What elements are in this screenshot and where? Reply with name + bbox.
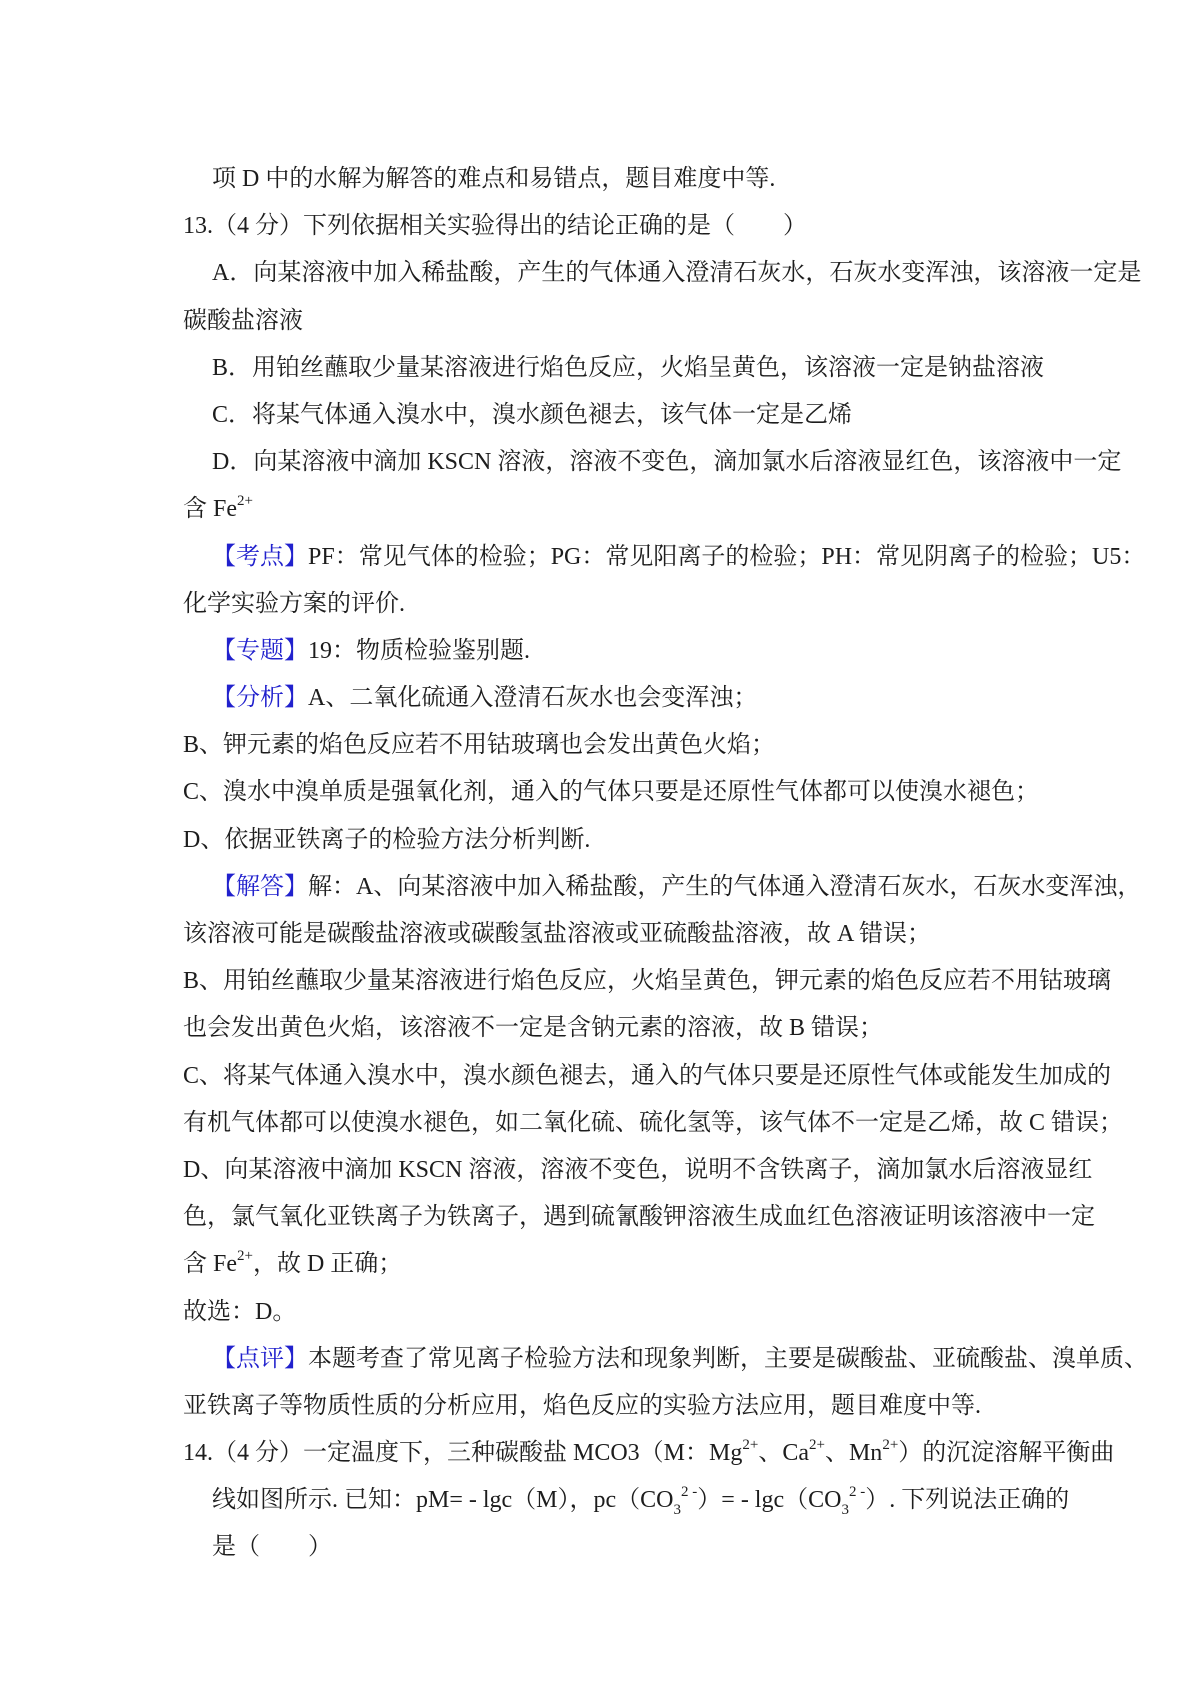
text-line: C、溴水中溴单质是强氧化剂，通入的气体只要是还原性气体都可以使溴水褪色； (0, 769, 1200, 816)
text-segment: ）= - lgc（CO (697, 1487, 841, 1513)
text-segment: 碳酸盐溶液 (183, 308, 303, 334)
text-line: 【分析】A、二氧化硫通入澄清石灰水也会变浑浊； (0, 675, 1200, 722)
text-line: 化学实验方案的评价. (0, 581, 1200, 628)
superscript-text: 2+ (882, 1437, 898, 1453)
text-segment: 项 D 中的水解为解答的难点和易错点，题目难度中等. (212, 166, 775, 192)
text-line: 线如图所示. 已知：pM= - lgc（M），pc（CO32 -）= - lgc… (0, 1477, 1200, 1524)
text-segment: ）的沉淀溶解平衡曲 (898, 1440, 1114, 1466)
text-segment: PF：常见气体的检验；PG：常见阳离子的检验；PH：常见阴离子的检验；U5： (308, 544, 1145, 570)
text-line: 有机气体都可以使溴水褪色，如二氧化硫、硫化氢等，该气体不一定是乙烯，故 C 错误… (0, 1100, 1200, 1147)
text-segment: 该溶液可能是碳酸盐溶液或碳酸氢盐溶液或亚硫酸盐溶液，故 A 错误； (183, 921, 931, 947)
text-line: A．向某溶液中加入稀盐酸，产生的气体通入澄清石灰水，石灰水变浑浊，该溶液一定是 (0, 250, 1200, 297)
text-segment: 解：A、向某溶液中加入稀盐酸，产生的气体通入澄清石灰水，石灰水变浑浊， (308, 874, 1141, 900)
text-line: 【点评】本题考查了常见离子检验方法和现象判断，主要是碳酸盐、亚硫酸盐、溴单质、 (0, 1336, 1200, 1383)
superscript-text: 2+ (237, 1248, 253, 1264)
text-segment: 是（ ） (212, 1534, 332, 1560)
text-segment: 故选：D。 (183, 1299, 296, 1325)
text-line: 【考点】PF：常见气体的检验；PG：常见阳离子的检验；PH：常见阴离子的检验；U… (0, 534, 1200, 581)
text-segment: B、用铂丝蘸取少量某溶液进行焰色反应，火焰呈黄色，钾元素的焰色反应若不用钴玻璃 (183, 968, 1111, 994)
text-line: 色，氯气氧化亚铁离子为铁离子，遇到硫氰酸钾溶液生成血红色溶液证明该溶液中一定 (0, 1194, 1200, 1241)
superscript-text: 2+ (742, 1437, 758, 1453)
text-segment: C、溴水中溴单质是强氧化剂，通入的气体只要是还原性气体都可以使溴水褪色； (183, 779, 1039, 805)
text-segment: 、Ca (758, 1440, 809, 1466)
text-segment: 色，氯气氧化亚铁离子为铁离子，遇到硫氰酸钾溶液生成血红色溶液证明该溶液中一定 (183, 1204, 1095, 1230)
text-segment: A、二氧化硫通入澄清石灰水也会变浑浊； (308, 685, 757, 711)
text-line: C、将某气体通入溴水中，溴水颜色褪去，通入的气体只要是还原性气体或能发生加成的 (0, 1053, 1200, 1100)
text-line: D．向某溶液中滴加 KSCN 溶液，溶液不变色，滴加氯水后溶液显红色，该溶液中一… (0, 439, 1200, 486)
section-label: 【分析】 (212, 685, 308, 711)
text-segment: 含 Fe (183, 1251, 237, 1277)
superscript-text: 2 - (849, 1484, 865, 1500)
text-segment: D．向某溶液中滴加 KSCN 溶液，溶液不变色，滴加氯水后溶液显红色，该溶液中一… (212, 449, 1121, 475)
text-segment: A．向某溶液中加入稀盐酸，产生的气体通入澄清石灰水，石灰水变浑浊，该溶液一定是 (212, 260, 1141, 286)
text-segment: 、Mn (825, 1440, 882, 1466)
text-segment: D、向某溶液中滴加 KSCN 溶液，溶液不变色，说明不含铁离子，滴加氯水后溶液显… (183, 1157, 1092, 1183)
text-line: 项 D 中的水解为解答的难点和易错点，题目难度中等. (0, 156, 1200, 203)
text-line: D、向某溶液中滴加 KSCN 溶液，溶液不变色，说明不含铁离子，滴加氯水后溶液显… (0, 1147, 1200, 1194)
text-segment: D、依据亚铁离子的检验方法分析判断. (183, 827, 590, 853)
superscript-text: 2+ (809, 1437, 825, 1453)
text-line: 碳酸盐溶液 (0, 298, 1200, 345)
text-line: 【解答】解：A、向某溶液中加入稀盐酸，产生的气体通入澄清石灰水，石灰水变浑浊， (0, 864, 1200, 911)
text-segment: 14.（4 分）一定温度下，三种碳酸盐 MCO3（M：Mg (183, 1440, 742, 1466)
text-segment: B．用铂丝蘸取少量某溶液进行焰色反应，火焰呈黄色，该溶液一定是钠盐溶液 (212, 355, 1044, 381)
section-label: 【考点】 (212, 544, 308, 570)
text-segment: C、将某气体通入溴水中，溴水颜色褪去，通入的气体只要是还原性气体或能发生加成的 (183, 1063, 1111, 1089)
superscript-text: 2 - (681, 1484, 697, 1500)
section-label: 【专题】 (212, 638, 308, 664)
text-line: 含 Fe2+ (0, 486, 1200, 533)
document-content: 项 D 中的水解为解答的难点和易错点，题目难度中等.13.（4 分）下列依据相关… (0, 156, 1200, 1572)
text-line: 含 Fe2+，故 D 正确； (0, 1241, 1200, 1288)
text-segment: 13.（4 分）下列依据相关实验得出的结论正确的是（ ） (183, 213, 807, 239)
section-label: 【点评】 (212, 1346, 308, 1372)
text-line: 亚铁离子等物质性质的分析应用，焰色反应的实验方法应用，题目难度中等. (0, 1383, 1200, 1430)
text-segment: C．将某气体通入溴水中，溴水颜色褪去，该气体一定是乙烯 (212, 402, 852, 428)
text-line: B、钾元素的焰色反应若不用钴玻璃也会发出黄色火焰； (0, 722, 1200, 769)
subscript-text: 3 (674, 1502, 682, 1518)
text-segment: 19：物质检验鉴别题. (308, 638, 530, 664)
text-line: 【专题】19：物质检验鉴别题. (0, 628, 1200, 675)
subscript-text: 3 (841, 1502, 849, 1518)
text-line: 13.（4 分）下列依据相关实验得出的结论正确的是（ ） (0, 203, 1200, 250)
text-line: D、依据亚铁离子的检验方法分析判断. (0, 817, 1200, 864)
text-line: 也会发出黄色火焰，该溶液不一定是含钠元素的溶液，故 B 错误； (0, 1005, 1200, 1052)
text-segment: ，故 D 正确； (253, 1251, 402, 1277)
text-line: B．用铂丝蘸取少量某溶液进行焰色反应，火焰呈黄色，该溶液一定是钠盐溶液 (0, 345, 1200, 392)
superscript-text: 2+ (237, 493, 253, 509)
text-segment: ）. 下列说法正确的 (865, 1487, 1069, 1513)
text-segment: B、钾元素的焰色反应若不用钴玻璃也会发出黄色火焰； (183, 732, 775, 758)
text-segment: 有机气体都可以使溴水褪色，如二氧化硫、硫化氢等，该气体不一定是乙烯，故 C 错误… (183, 1110, 1123, 1136)
text-line: C．将某气体通入溴水中，溴水颜色褪去，该气体一定是乙烯 (0, 392, 1200, 439)
text-line: 是（ ） (0, 1524, 1200, 1571)
text-segment: 亚铁离子等物质性质的分析应用，焰色反应的实验方法应用，题目难度中等. (183, 1393, 981, 1419)
text-line: 故选：D。 (0, 1289, 1200, 1336)
text-line: B、用铂丝蘸取少量某溶液进行焰色反应，火焰呈黄色，钾元素的焰色反应若不用钴玻璃 (0, 958, 1200, 1005)
text-segment: 线如图所示. 已知：pM= - lgc（M），pc（CO (212, 1487, 674, 1513)
text-segment: 含 Fe (183, 496, 237, 522)
text-line: 14.（4 分）一定温度下，三种碳酸盐 MCO3（M：Mg2+、Ca2+、Mn2… (0, 1430, 1200, 1477)
text-segment: 本题考查了常见离子检验方法和现象判断，主要是碳酸盐、亚硫酸盐、溴单质、 (308, 1346, 1148, 1372)
exam-document-page: 项 D 中的水解为解答的难点和易错点，题目难度中等.13.（4 分）下列依据相关… (0, 0, 1200, 1698)
text-segment: 化学实验方案的评价. (183, 591, 405, 617)
text-segment: 也会发出黄色火焰，该溶液不一定是含钠元素的溶液，故 B 错误； (183, 1015, 883, 1041)
section-label: 【解答】 (212, 874, 308, 900)
text-line: 该溶液可能是碳酸盐溶液或碳酸氢盐溶液或亚硫酸盐溶液，故 A 错误； (0, 911, 1200, 958)
